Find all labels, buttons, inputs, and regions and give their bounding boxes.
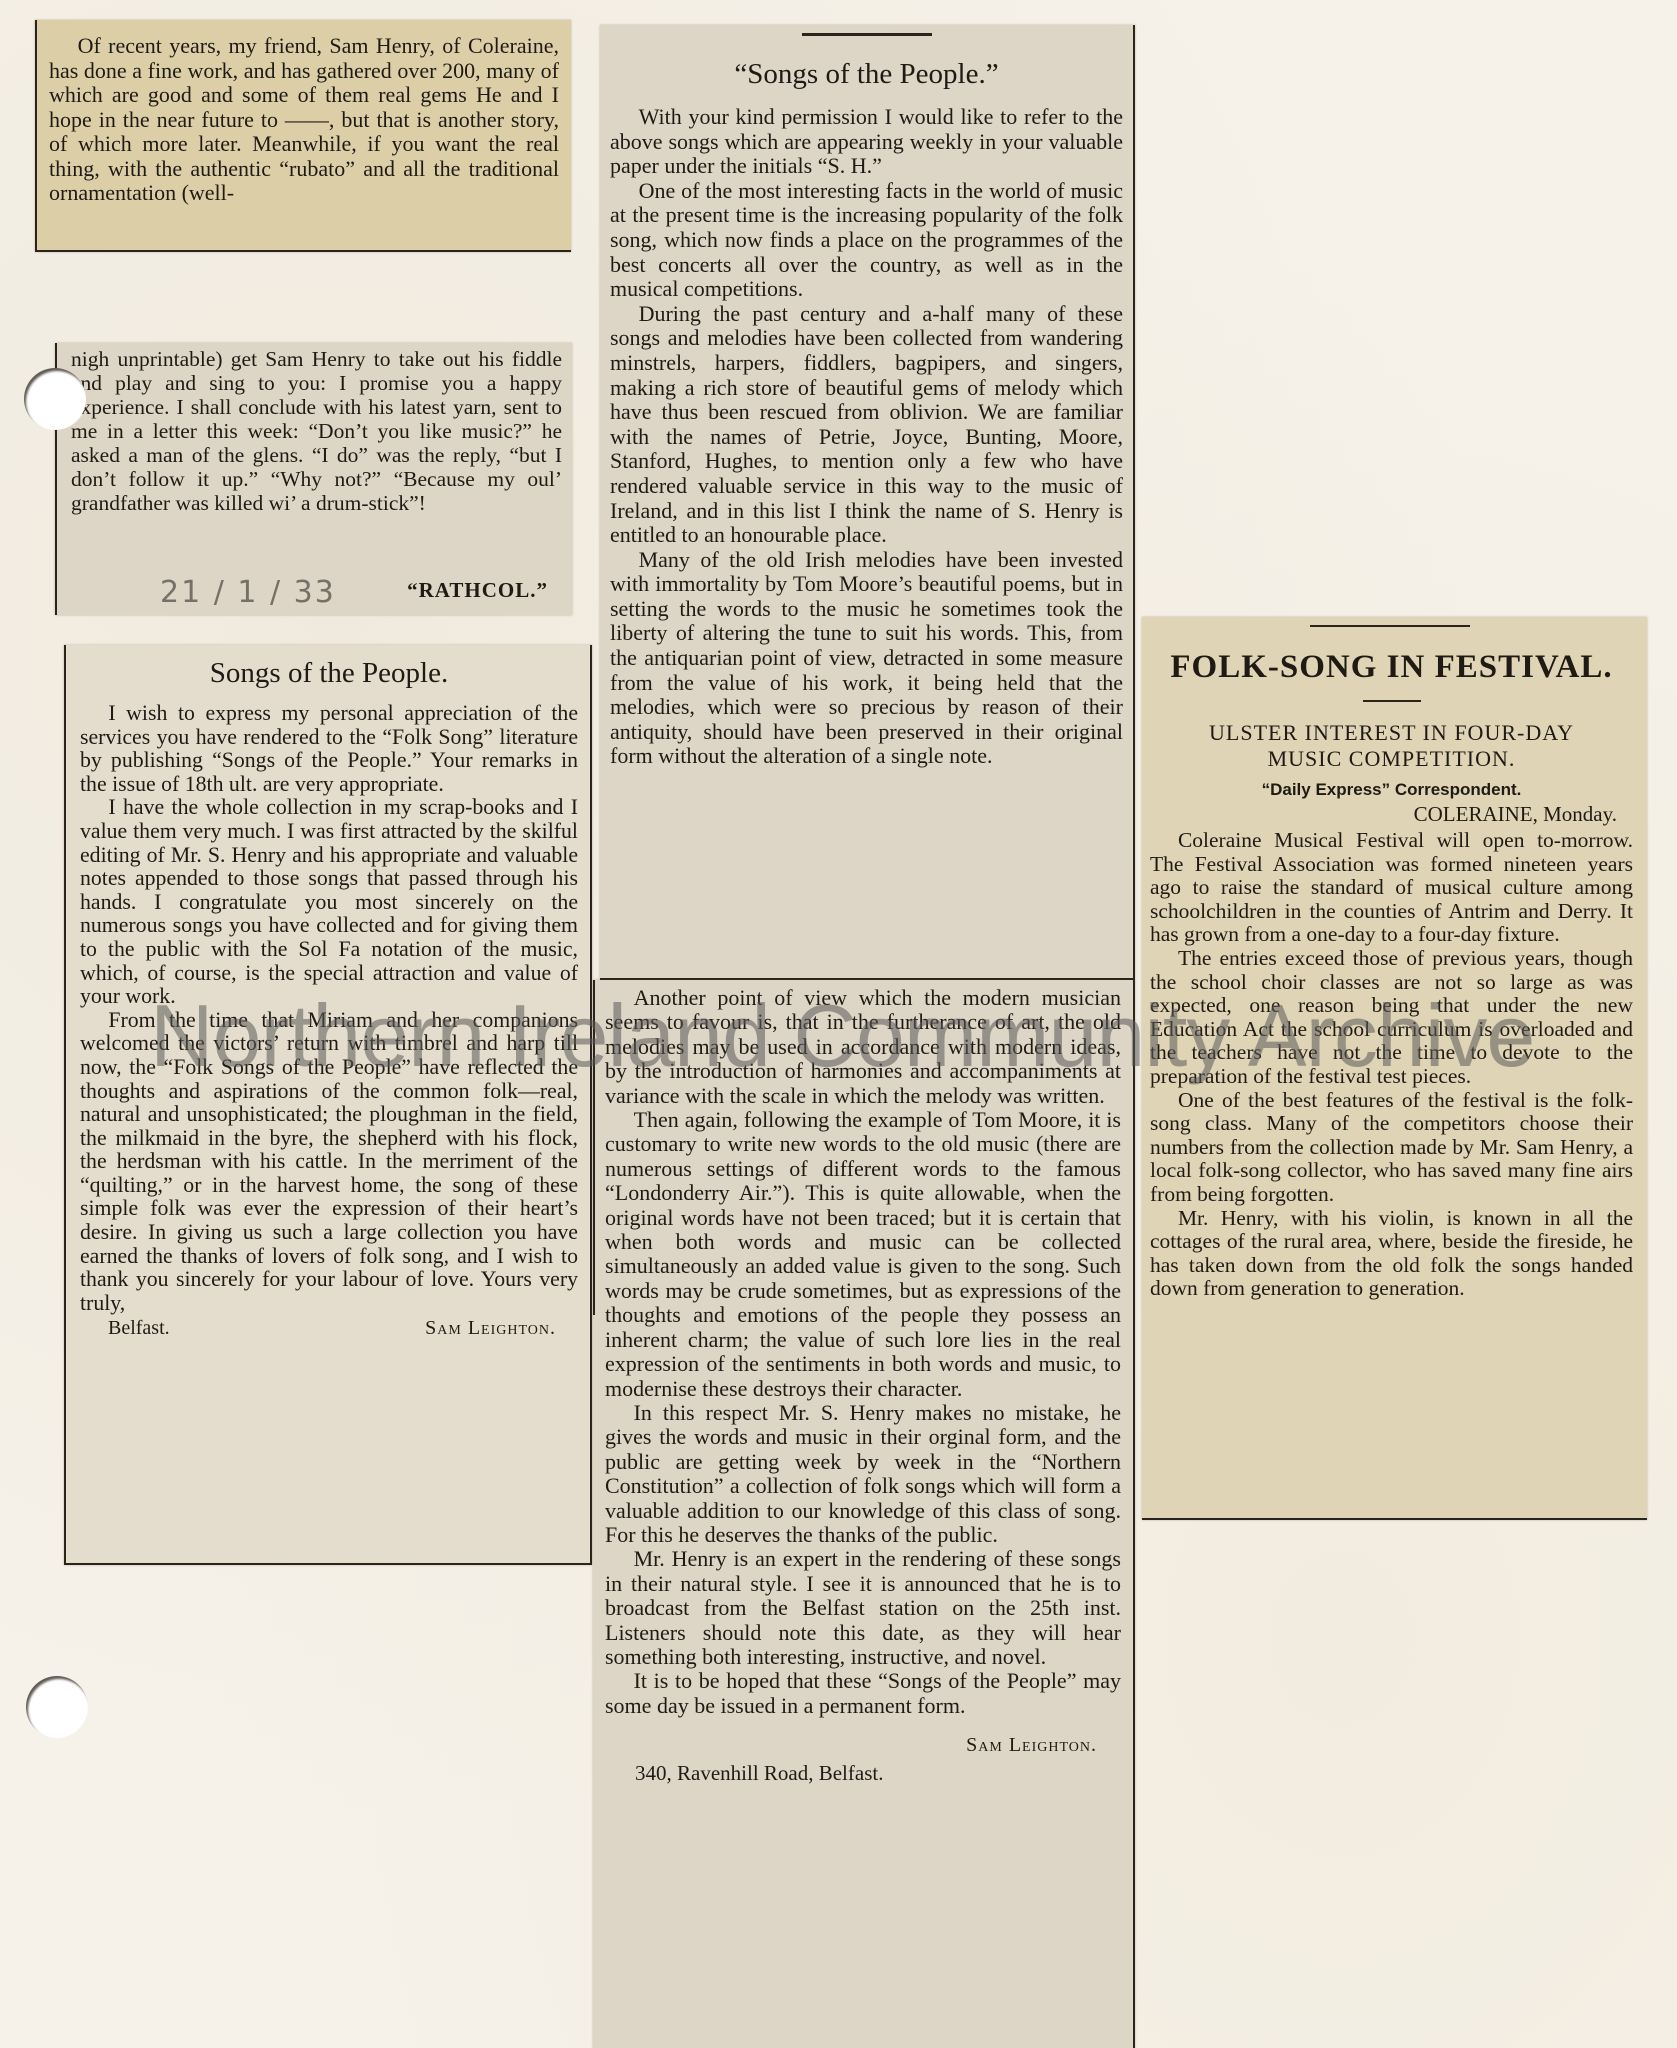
article-paragraph: nigh unprintable) get Sam Henry to take …	[71, 347, 562, 515]
letter-address: 340, Ravenhill Road, Belfast.	[635, 1761, 1121, 1786]
article-subtitle: ULSTER INTEREST IN FOUR-DAY	[1150, 720, 1633, 746]
correspondent-byline: “Daily Express” Correspondent.	[1150, 780, 1633, 800]
dateline: COLERAINE, Monday.	[1150, 802, 1617, 827]
letter-signature: Sam Leighton.	[605, 1734, 1097, 1757]
article-paragraph: In this respect Mr. S. Henry makes no mi…	[605, 1401, 1121, 1547]
article-paragraph: One of the most interesting facts in the…	[610, 179, 1123, 302]
clipping-middle-top: “Songs of the People.” With your kind pe…	[600, 25, 1135, 980]
article-paragraph: It is to be hoped that these “Songs of t…	[605, 1669, 1121, 1718]
letter-place: Belfast.	[108, 1317, 170, 1340]
article-title: “Songs of the People.”	[610, 58, 1123, 91]
article-paragraph: I wish to express my personal appreciati…	[80, 702, 578, 796]
article-title: FOLK-SONG IN FESTIVAL.	[1150, 649, 1633, 686]
article-paragraph: Another point of view which the modern m…	[605, 986, 1121, 1108]
punch-hole-lower	[26, 1676, 88, 1738]
article-paragraph: The entries exceed those of previous yea…	[1150, 947, 1633, 1089]
article-paragraph: With your kind permission I would like t…	[610, 105, 1123, 179]
handwritten-date: 21 / 1 / 33	[160, 575, 336, 610]
article-paragraph: I have the whole collection in my scrap-…	[80, 796, 578, 1008]
article-paragraph: Coleraine Musical Festival will open to-…	[1150, 829, 1633, 947]
letter-signature: Sam Leighton.	[425, 1317, 556, 1340]
clipping-top-left: Of recent years, my friend, Sam Henry, o…	[35, 20, 571, 252]
article-title: Songs of the People.	[80, 657, 578, 690]
article-paragraph: During the past century and a-half many …	[610, 302, 1123, 548]
article-paragraph: Of recent years, my friend, Sam Henry, o…	[49, 34, 559, 206]
article-paragraph: Mr. Henry, with his violin, is known in …	[1150, 1207, 1633, 1301]
article-paragraph: From the time that Miriam and her compan…	[80, 1009, 578, 1316]
article-paragraph: Mr. Henry is an expert in the rendering …	[605, 1547, 1121, 1669]
article-paragraph: Then again, following the example of Tom…	[605, 1108, 1121, 1401]
author-signature: “RATHCOL.”	[407, 578, 548, 603]
clipping-rathcol: nigh unprintable) get Sam Henry to take …	[55, 343, 572, 615]
clipping-festival: FOLK-SONG IN FESTIVAL. ULSTER INTEREST I…	[1142, 617, 1647, 1520]
article-paragraph: One of the best features of the festival…	[1150, 1089, 1633, 1207]
clipping-leighton-letter: Songs of the People. I wish to express m…	[64, 645, 592, 1565]
article-subtitle: MUSIC COMPETITION.	[1150, 746, 1633, 772]
clipping-middle-bottom: Another point of view which the modern m…	[593, 980, 1135, 2048]
punch-hole-upper	[24, 368, 86, 430]
article-paragraph: Many of the old Irish melodies have been…	[610, 548, 1123, 769]
